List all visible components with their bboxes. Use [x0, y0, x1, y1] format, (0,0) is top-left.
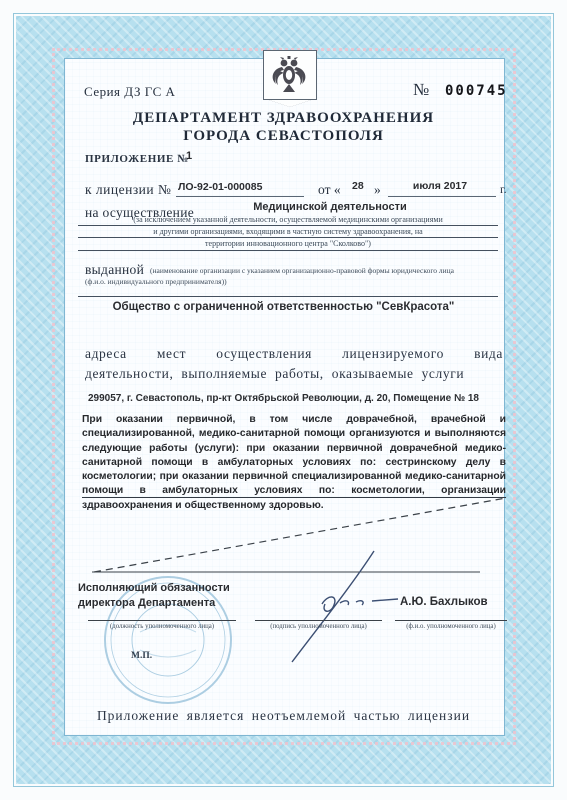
date-close-quote: »: [374, 182, 381, 198]
seal-place-mark: М.П.: [131, 651, 152, 661]
coat-of-arms-box: [263, 50, 317, 100]
date-monthyear-value: июля 2017: [390, 180, 490, 192]
addresses-heading: адреса мест осуществления лицензируемого…: [85, 344, 503, 384]
caption-sign-line: [255, 620, 382, 621]
signer-name: А.Ю. Бахлыков: [400, 596, 488, 608]
activity-note-rule2: [78, 237, 498, 238]
signer-position-line2: директора Департамента: [78, 596, 230, 611]
department-title-line1: ДЕПАРТАМЕНТ ЗДРАВООХРАНЕНИЯ: [64, 110, 503, 127]
appendix-number-value: 1: [186, 150, 192, 162]
date-suffix: г.: [500, 182, 507, 197]
activity-note-line1: (за исключением указанной деятельности, …: [78, 215, 498, 224]
scanned-license-appendix: Серия ДЗ ГС А № 000745 ДЕПАРТАМЕНТ ЗДРАВ…: [0, 0, 567, 800]
caption-sign: (подпись уполномоченного лица): [255, 623, 382, 630]
signer-position: Исполняющий обязанности директора Департ…: [78, 581, 230, 611]
footer-note: Приложение является неотъемлемой частью …: [64, 708, 503, 724]
issued-note-line2: (ф.и.о. индивидуального предпринимателя)…: [85, 277, 435, 286]
signer-position-line1: Исполняющий обязанности: [78, 581, 230, 596]
license-number-line: [176, 196, 304, 197]
activity-value: Медицинской деятельности: [200, 201, 460, 213]
works-underline: [82, 497, 506, 498]
works-paragraph: При оказании первичной, в том числе довр…: [82, 413, 506, 513]
date-line: [388, 196, 496, 197]
organization-rule: [78, 296, 498, 297]
caption-name-line: [395, 620, 507, 621]
blank-number: 000745: [445, 83, 508, 99]
date-prefix: от «: [318, 182, 341, 198]
activity-note-rule3: [78, 250, 498, 251]
issued-label: выданной: [85, 262, 144, 278]
series-label: Серия ДЗ ГС А: [84, 84, 175, 100]
activity-note-line3: территории инновационного центра "Сколко…: [78, 239, 498, 248]
activity-note-line2: и другими организациями, входящими в час…: [78, 227, 498, 236]
russian-coat-of-arms-icon: [264, 51, 314, 97]
issued-note-line1: (наименование организации с указанием ор…: [150, 266, 500, 275]
address-value: 299057, г. Севастополь, пр-кт Октябрьско…: [64, 393, 503, 404]
license-prefix: к лицензии №: [85, 182, 171, 198]
date-day-value: 28: [352, 180, 364, 192]
caption-position: (должность уполномоченного лица): [88, 623, 236, 630]
caption-name: (ф.и.о. уполномоченного лица): [395, 623, 507, 630]
organization-name: Общество с ограниченной ответственностью…: [64, 301, 503, 313]
activity-note-rule1: [78, 225, 498, 226]
license-number-value: ЛО-92-01-000085: [178, 181, 262, 193]
caption-position-line: [88, 620, 236, 621]
number-sign: №: [413, 80, 429, 100]
department-title-line2: ГОРОДА СЕВАСТОПОЛЯ: [64, 128, 503, 145]
appendix-label: ПРИЛОЖЕНИЕ №: [85, 153, 189, 165]
